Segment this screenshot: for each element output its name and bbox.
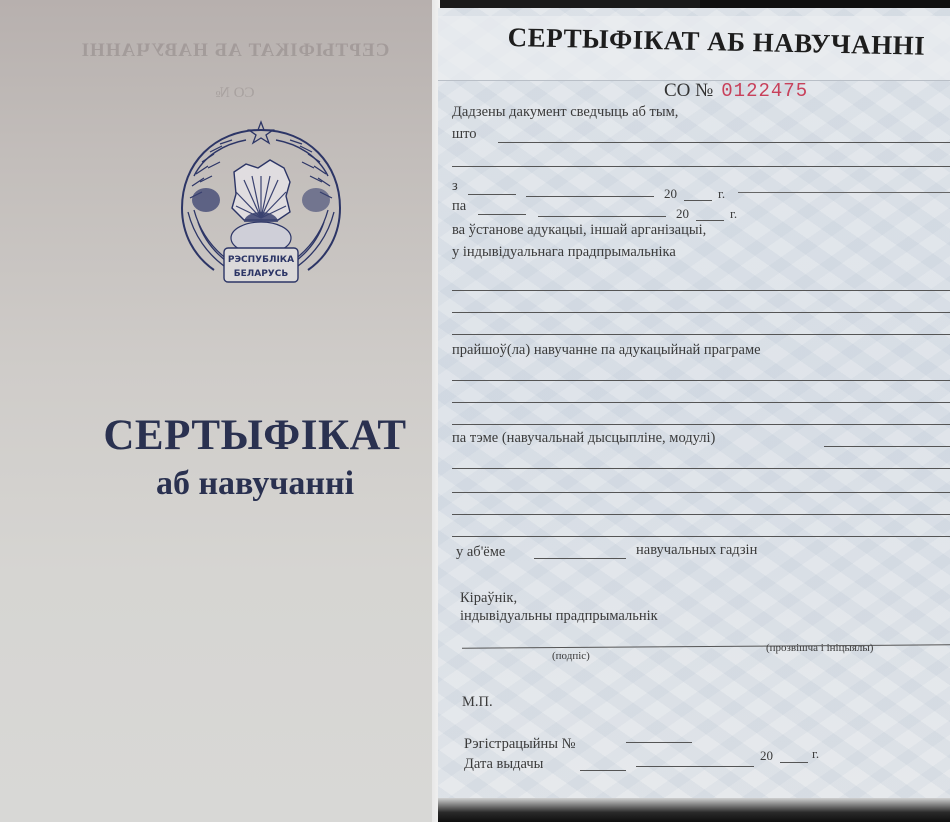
to-day-field[interactable] bbox=[478, 214, 526, 215]
intro-text: Дадзены дакумент сведчыць аб тым, bbox=[452, 104, 678, 121]
topic-field-2[interactable] bbox=[452, 468, 950, 469]
institution-field-2[interactable] bbox=[452, 312, 950, 313]
registration-label: Рэгістрацыйны № bbox=[464, 736, 575, 753]
name-caption: (прозвішча і ініцыялы) bbox=[766, 642, 873, 654]
belarus-coat-of-arms-icon: РЭСПУБЛІКА БЕЛАРУСЬ bbox=[174, 116, 348, 292]
program-field-2[interactable] bbox=[452, 402, 950, 403]
topic-field-5[interactable] bbox=[452, 536, 950, 537]
issue-month-field[interactable] bbox=[636, 766, 754, 767]
volume-label: у аб'ёме bbox=[456, 544, 505, 561]
mirrored-bleed-text-2: СО № bbox=[160, 85, 310, 102]
stamp-label: М.П. bbox=[462, 694, 493, 711]
issue-year-prefix: 20 bbox=[760, 748, 773, 764]
topic-field-1[interactable] bbox=[824, 446, 950, 447]
institution-field-3[interactable] bbox=[452, 334, 950, 335]
institution-label-2: у індывідуальнага прадпрымальніка bbox=[452, 244, 676, 261]
divider-line bbox=[738, 192, 950, 193]
cover-title-line-1: СЕРТЫФІКАТ bbox=[60, 412, 450, 460]
signature-field[interactable] bbox=[462, 644, 950, 648]
topic-label: па тэме (навучальнай дысцыпліне, модулі) bbox=[452, 430, 715, 447]
recipient-name-field-1[interactable] bbox=[498, 142, 950, 143]
cover-title-line-2: аб навучанні bbox=[60, 462, 450, 506]
topic-field-4[interactable] bbox=[452, 514, 950, 515]
hours-label: навучальных гадзін bbox=[636, 542, 757, 559]
program-field-1[interactable] bbox=[452, 380, 950, 381]
to-label: па bbox=[452, 198, 466, 215]
issue-date-label: Дата выдачы bbox=[464, 756, 543, 773]
from-year-field[interactable] bbox=[684, 200, 712, 201]
to-year-suffix: г. bbox=[730, 206, 737, 222]
certificate-form-page: СЕРТЫФІКАТ АБ НАВУЧАННІ СО №0122475 Дадз… bbox=[438, 8, 950, 803]
head-label-1: Кіраўнік, bbox=[460, 590, 517, 607]
to-year-prefix: 20 bbox=[676, 206, 689, 222]
cover-title: СЕРТЫФІКАТ аб навучанні bbox=[60, 412, 450, 506]
from-day-field[interactable] bbox=[468, 194, 516, 195]
from-year-suffix: г. bbox=[718, 186, 725, 202]
institution-field-1[interactable] bbox=[452, 290, 950, 291]
issue-day-field[interactable] bbox=[580, 770, 626, 771]
from-month-field[interactable] bbox=[526, 196, 654, 197]
that-label: што bbox=[452, 126, 477, 143]
signature-caption: (подпіс) bbox=[552, 650, 590, 662]
to-month-field[interactable] bbox=[538, 216, 666, 217]
serial-block: СО №0122475 bbox=[664, 80, 808, 102]
program-field-3[interactable] bbox=[452, 424, 950, 425]
from-year-prefix: 20 bbox=[664, 186, 677, 202]
bottom-shadow bbox=[438, 798, 950, 822]
head-label-2: індывідуальны прадпрымальнік bbox=[460, 608, 658, 625]
recipient-name-field-2[interactable] bbox=[452, 166, 950, 167]
registration-number-field[interactable] bbox=[626, 742, 692, 743]
series-label: СО № bbox=[664, 80, 713, 101]
topic-field-3[interactable] bbox=[452, 492, 950, 493]
to-year-field[interactable] bbox=[696, 220, 724, 221]
serial-number: 0122475 bbox=[721, 80, 808, 102]
issue-year-suffix: г. bbox=[812, 746, 819, 762]
from-label: з bbox=[452, 178, 458, 195]
institution-label-1: ва ўстанове адукацыі, іншай арганізацыі, bbox=[452, 222, 706, 239]
emblem-ribbon-text-1: РЭСПУБЛІКА bbox=[228, 255, 294, 265]
program-label: прайшоў(ла) навучанне па адукацыйнай пра… bbox=[452, 342, 761, 359]
certificate-cover: СЕРТЫФІКАТ АБ НАВУЧАННІ СО № bbox=[0, 0, 432, 822]
issue-year-field[interactable] bbox=[780, 762, 808, 763]
hours-field[interactable] bbox=[534, 558, 626, 559]
emblem-ribbon-text-2: БЕЛАРУСЬ bbox=[234, 269, 289, 279]
mirrored-bleed-text: СЕРТЫФІКАТ АБ НАВУЧАННІ bbox=[55, 40, 415, 62]
